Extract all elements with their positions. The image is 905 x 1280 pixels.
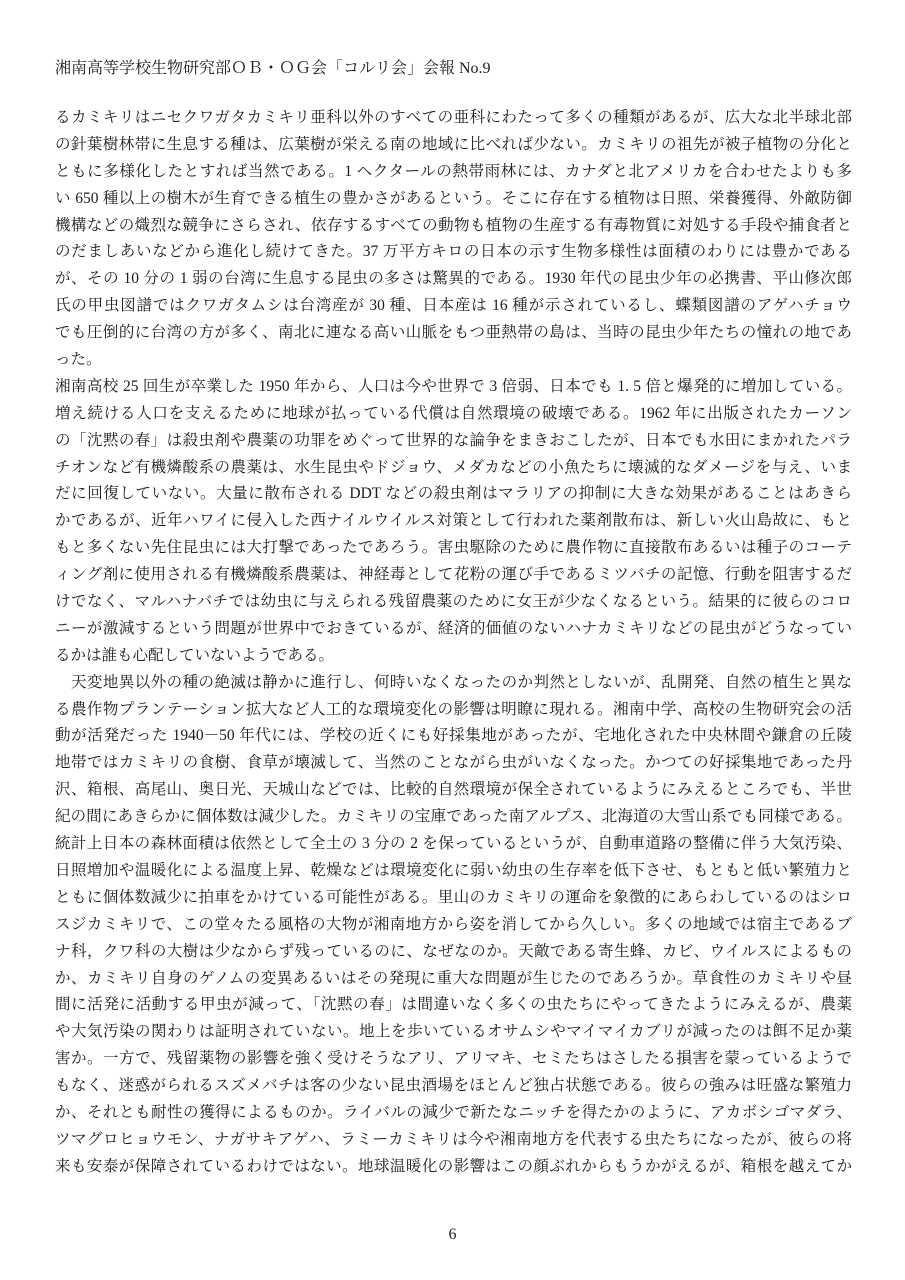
body-line: でも圧倒的に台湾の方が多く、南北に連なる高い山脈をもつ亜熱帯の島は、当時の昆虫少… — [55, 320, 852, 347]
body-line: もと多くない先住昆虫には大打撃であったであろう。害虫駆除のために農作物に直接散布… — [55, 535, 852, 562]
body-line: の針葉樹林帯に生息する種は、広葉樹が栄える南の地域に比べれば少ない。カミキリの祖… — [55, 132, 852, 159]
body-line: スジカミキリで、この堂々たる風格の大物が湘南地方から姿を消してから久しい。多くの… — [55, 912, 852, 939]
body-line: けでなく、マルハナバチでは幼虫に与えられる残留農薬のために女王が少なくなるという… — [55, 589, 852, 616]
body-line: 日照増加や温暖化による温度上昇、乾燥などは環境変化に弱い幼虫の生存率を低下させ、… — [55, 858, 852, 885]
body-line: か、それとも耐性の獲得によるものか。ライバルの減少で新たなニッチを得たかのように… — [55, 1100, 852, 1127]
body-line: 来も安泰が保障されているわけではない。地球温暖化の影響はこの顔ぶれからもうかがえ… — [55, 1154, 852, 1181]
body-line: チオンなど有機燐酸系の農薬は、水生昆虫やドジョウ、メダカなどの小魚たちに壊滅的な… — [55, 455, 852, 482]
body-line: 統計上日本の森林面積は依然として全土の 3 分の 2 を保っているというが、自動… — [55, 831, 852, 858]
body-line: の「沈黙の春」は殺虫剤や農薬の功罪をめぐって世界的な論争をまきおこしたが、日本で… — [55, 428, 852, 455]
body-line: 地帯ではカミキリの食樹、食草が壊滅して、当然のことながら虫がいなくなった。かつて… — [55, 750, 852, 777]
page-header-title: 湘南高等学校生物研究部ＯＢ・ＯＧ会「コルリ会」会報 No.9 — [55, 58, 852, 80]
body-line: 機構などの熾烈な競争にさらされ、依存するすべての動物も植物の生産する有毒物質に対… — [55, 213, 852, 240]
body-line: 間に活発に活動する甲虫が減って、「沈黙の春」は間違いなく多くの虫たちにやってきた… — [55, 992, 852, 1019]
body-line: ともに多様化したとすれば当然である。1 ヘクタールの熱帯雨林には、カナダと北アメ… — [55, 159, 852, 186]
body-line: 湘南高校 25 回生が卒業した 1950 年から、人口は今や世界で 3 倍弱、日… — [55, 374, 852, 401]
body-line: ナ科，クワ科の大樹は少なからず残っているのに、なぜなのか。天敵である寄生蜂、カビ… — [55, 939, 852, 966]
body-line: 沢、箱根、高尾山、奥日光、天城山などでは、比較的自然環境が保全されているようにみ… — [55, 777, 852, 804]
body-line: る農作物プランテーション拡大など人工的な環境変化の影響は明瞭に現れる。湘南中学、… — [55, 697, 852, 724]
body-line: もなく、迷惑がられるスズメバチは客の少ない昆虫酒場をほとんど独占状態である。彼ら… — [55, 1073, 852, 1100]
body-line: ツマグロヒョウモン、ナガサキアゲハ、ラミーカミキリは今や湘南地方を代表する虫たち… — [55, 1127, 852, 1154]
body-line: 動が活発だった 1940－50 年代には、学校の近くにも好採集地があったが、宅地… — [55, 723, 852, 750]
page-number: 6 — [0, 1226, 905, 1244]
body-line: 天変地異以外の種の絶滅は静かに進行し、何時いなくなったのか判然としないが、乱開発… — [55, 670, 852, 697]
body-line: ニーが激減するという問題が世界中でおきているが、経済的価値のないハナカミキリなど… — [55, 616, 852, 643]
body-line: だに回復していない。大量に散布される DDT などの殺虫剤はマラリアの抑制に大き… — [55, 481, 852, 508]
body-line: い 650 種以上の樹木が生育できる植生の豊かさがあるという。そこに存在する植物… — [55, 186, 852, 213]
body-line: 紀の間にあきらかに個体数は減少した。カミキリの宝庫であった南アルプス、北海道の大… — [55, 804, 852, 831]
body-line: のだましあいなどから進化し続けてきた。37 万平方キロの日本の示す生物多様性は面… — [55, 239, 852, 266]
body-line: 増え続ける人口を支えるために地球が払っている代償は自然環境の破壊である。1962… — [55, 401, 852, 428]
body-line: ともに個体数減少に拍車をかけている可能性がある。里山のカミキリの運命を象徴的にあ… — [55, 885, 852, 912]
document-page: 湘南高等学校生物研究部ＯＢ・ＯＧ会「コルリ会」会報 No.9 るカミキリはニセク… — [0, 0, 905, 1280]
body-line: 害か。一方で、残留薬物の影響を強く受けそうなアリ、アリマキ、セミたちはさしたる損… — [55, 1046, 852, 1073]
body-line: や大気汚染の関わりは証明されていない。地上を歩いているオサムシやマイマイカブリが… — [55, 1019, 852, 1046]
body-line-paragraph-end: った。 — [55, 347, 852, 374]
body-line: 氏の甲虫図譜ではクワガタムシは台湾産が 30 種、日本産は 16 種が示されてい… — [55, 293, 852, 320]
body-line: が、その 10 分の 1 弱の台湾に生息する昆虫の多さは驚異的である。1930 … — [55, 266, 852, 293]
body-text: るカミキリはニセクワガタカミキリ亜科以外のすべての亜科にわたって多くの種類がある… — [55, 105, 852, 1181]
body-line: ィング剤に使用される有機燐酸系農薬は、神経毒として花粉の運び手であるミツバチの記… — [55, 562, 852, 589]
body-line: か、カミキリ自身のゲノムの変異あるいはその発現に重大な問題が生じたのであろうか。… — [55, 966, 852, 993]
body-line: かであるが、近年ハワイに侵入した西ナイルウイルス対策として行われた薬剤散布は、新… — [55, 508, 852, 535]
body-line: るカミキリはニセクワガタカミキリ亜科以外のすべての亜科にわたって多くの種類がある… — [55, 105, 852, 132]
body-line-paragraph-end: るかは誰も心配していないようである。 — [55, 643, 852, 670]
